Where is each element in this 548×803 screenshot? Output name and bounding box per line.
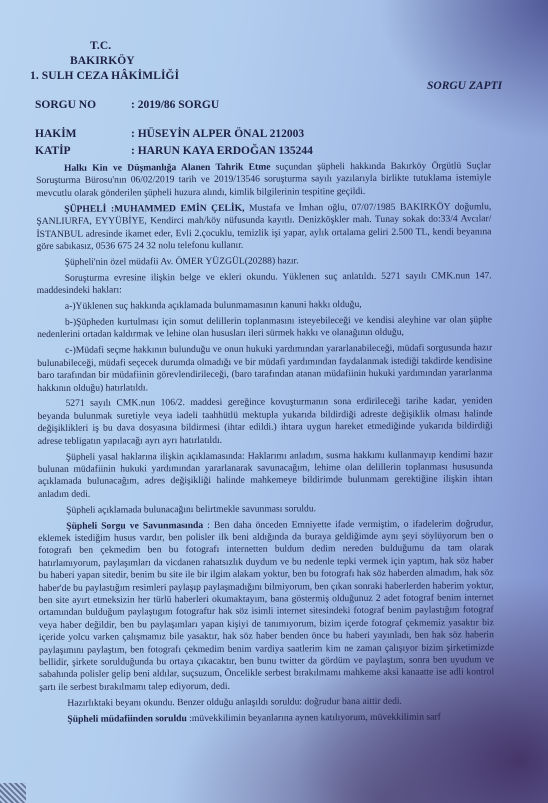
meta-row-clerk: KATİP: HARUN KAYA ERDOĞAN 135244 bbox=[35, 145, 313, 157]
qr-code-fragment bbox=[0, 783, 26, 803]
paragraph-text: 5271 sayılı CMK.nun 106/2. maddesi gereğ… bbox=[38, 396, 493, 447]
paragraph-text: Şüpheli'nin özel müdafii Av. ÖMER YÜZGÜL… bbox=[65, 255, 299, 267]
meta-value: : HÜSEYİN ALPER ÖNAL 212003 bbox=[131, 128, 304, 140]
paragraph: Şüpheli Sorgu ve Savunmasında : Ben daha… bbox=[38, 518, 494, 694]
paragraph-text: :müvekkilimin beyanlarına aynen katılıyo… bbox=[187, 711, 441, 724]
paragraph: Halkı Kin ve Düşmanlığa Alanen Tahrik Et… bbox=[36, 160, 491, 200]
paragraph-text: Şüpheli açıklamada bulunacağını belirtme… bbox=[66, 503, 316, 516]
paragraph: ŞÜPHELİ :MUHAMMED EMİN ÇELİK, Mustafa ve… bbox=[36, 201, 491, 253]
meta-value: : 2019/86 SORGU bbox=[131, 99, 219, 111]
meta-label: SORGU NO bbox=[35, 99, 131, 111]
meta-row-judge: HAKİM: HÜSEYİN ALPER ÖNAL 212003 bbox=[35, 128, 304, 140]
city-heading: BAKIRKÖY bbox=[70, 55, 135, 67]
paragraph-bold-lead: ŞÜPHELİ :MUHAMMED EMİN ÇELİK, bbox=[64, 202, 244, 214]
document-page: T.C. BAKIRKÖY 1. SULH CEZA HÂKİMLİĞİ SOR… bbox=[0, 0, 548, 803]
paragraph: Şüpheli açıklamada bulunacağını belirtme… bbox=[38, 502, 493, 517]
paragraph: Şüpheli'nin özel müdafii Av. ÖMER YÜZGÜL… bbox=[37, 254, 492, 269]
paragraph: c-)Müdafi seçme hakkının bulunduğu ve on… bbox=[37, 342, 492, 394]
document-body: Halkı Kin ve Düşmanlığa Alanen Tahrik Et… bbox=[36, 160, 494, 729]
paragraph: 5271 sayılı CMK.nun 106/2. maddesi gereğ… bbox=[37, 396, 492, 448]
meta-label: KATİP bbox=[35, 145, 131, 157]
paragraph-text: : Ben daha önceden Emniyette ifade vermi… bbox=[38, 518, 494, 693]
paragraph-text: Soruşturma evresine ilişkin belge ve ekl… bbox=[37, 270, 492, 296]
paragraph-bold-lead: Şüpheli müdafiinden soruldu bbox=[67, 713, 187, 725]
meta-label: HAKİM bbox=[35, 128, 131, 140]
paragraph: Hazırlıktaki beyanı okundu. Benzer olduğ… bbox=[39, 695, 494, 710]
document-title: SORGU ZAPTI bbox=[427, 80, 502, 92]
paragraph-text: c-)Müdafi seçme hakkının bulunduğu ve on… bbox=[37, 342, 492, 393]
court-heading: 1. SULH CEZA HÂKİMLİĞİ bbox=[30, 70, 179, 82]
meta-row-query-no: SORGU NO: 2019/86 SORGU bbox=[35, 99, 219, 111]
paragraph: Soruşturma evresine ilişkin belge ve ekl… bbox=[37, 270, 492, 298]
paragraph-text: a-)Yüklenen suç hakkında açıklamada bulu… bbox=[65, 299, 362, 312]
paragraph-text: Şüpheli yasal haklarına ilişkin açıklama… bbox=[38, 449, 493, 500]
paragraph: Şüpheli müdafiinden soruldu :müvekkilimi… bbox=[39, 711, 494, 726]
paragraph-text: Hazırlıktaki beyanı okundu. Benzer olduğ… bbox=[67, 696, 402, 709]
paragraph-bold-lead: Şüpheli Sorgu ve Savunmasında bbox=[66, 520, 203, 532]
meta-value: : HARUN KAYA ERDOĞAN 135244 bbox=[131, 145, 313, 157]
country-heading: T.C. bbox=[90, 40, 111, 52]
paragraph-bold-lead: Halkı Kin ve Düşmanlığa Alanen Tahrik Et… bbox=[64, 162, 271, 174]
paragraph: a-)Yüklenen suç hakkında açıklamada bulu… bbox=[37, 298, 492, 313]
paragraph-text: b-)Şüpheden kurtulması için somut delill… bbox=[37, 314, 492, 340]
paragraph: Şüpheli yasal haklarına ilişkin açıklama… bbox=[38, 449, 493, 501]
paragraph: b-)Şüpheden kurtulması için somut delill… bbox=[37, 314, 492, 342]
